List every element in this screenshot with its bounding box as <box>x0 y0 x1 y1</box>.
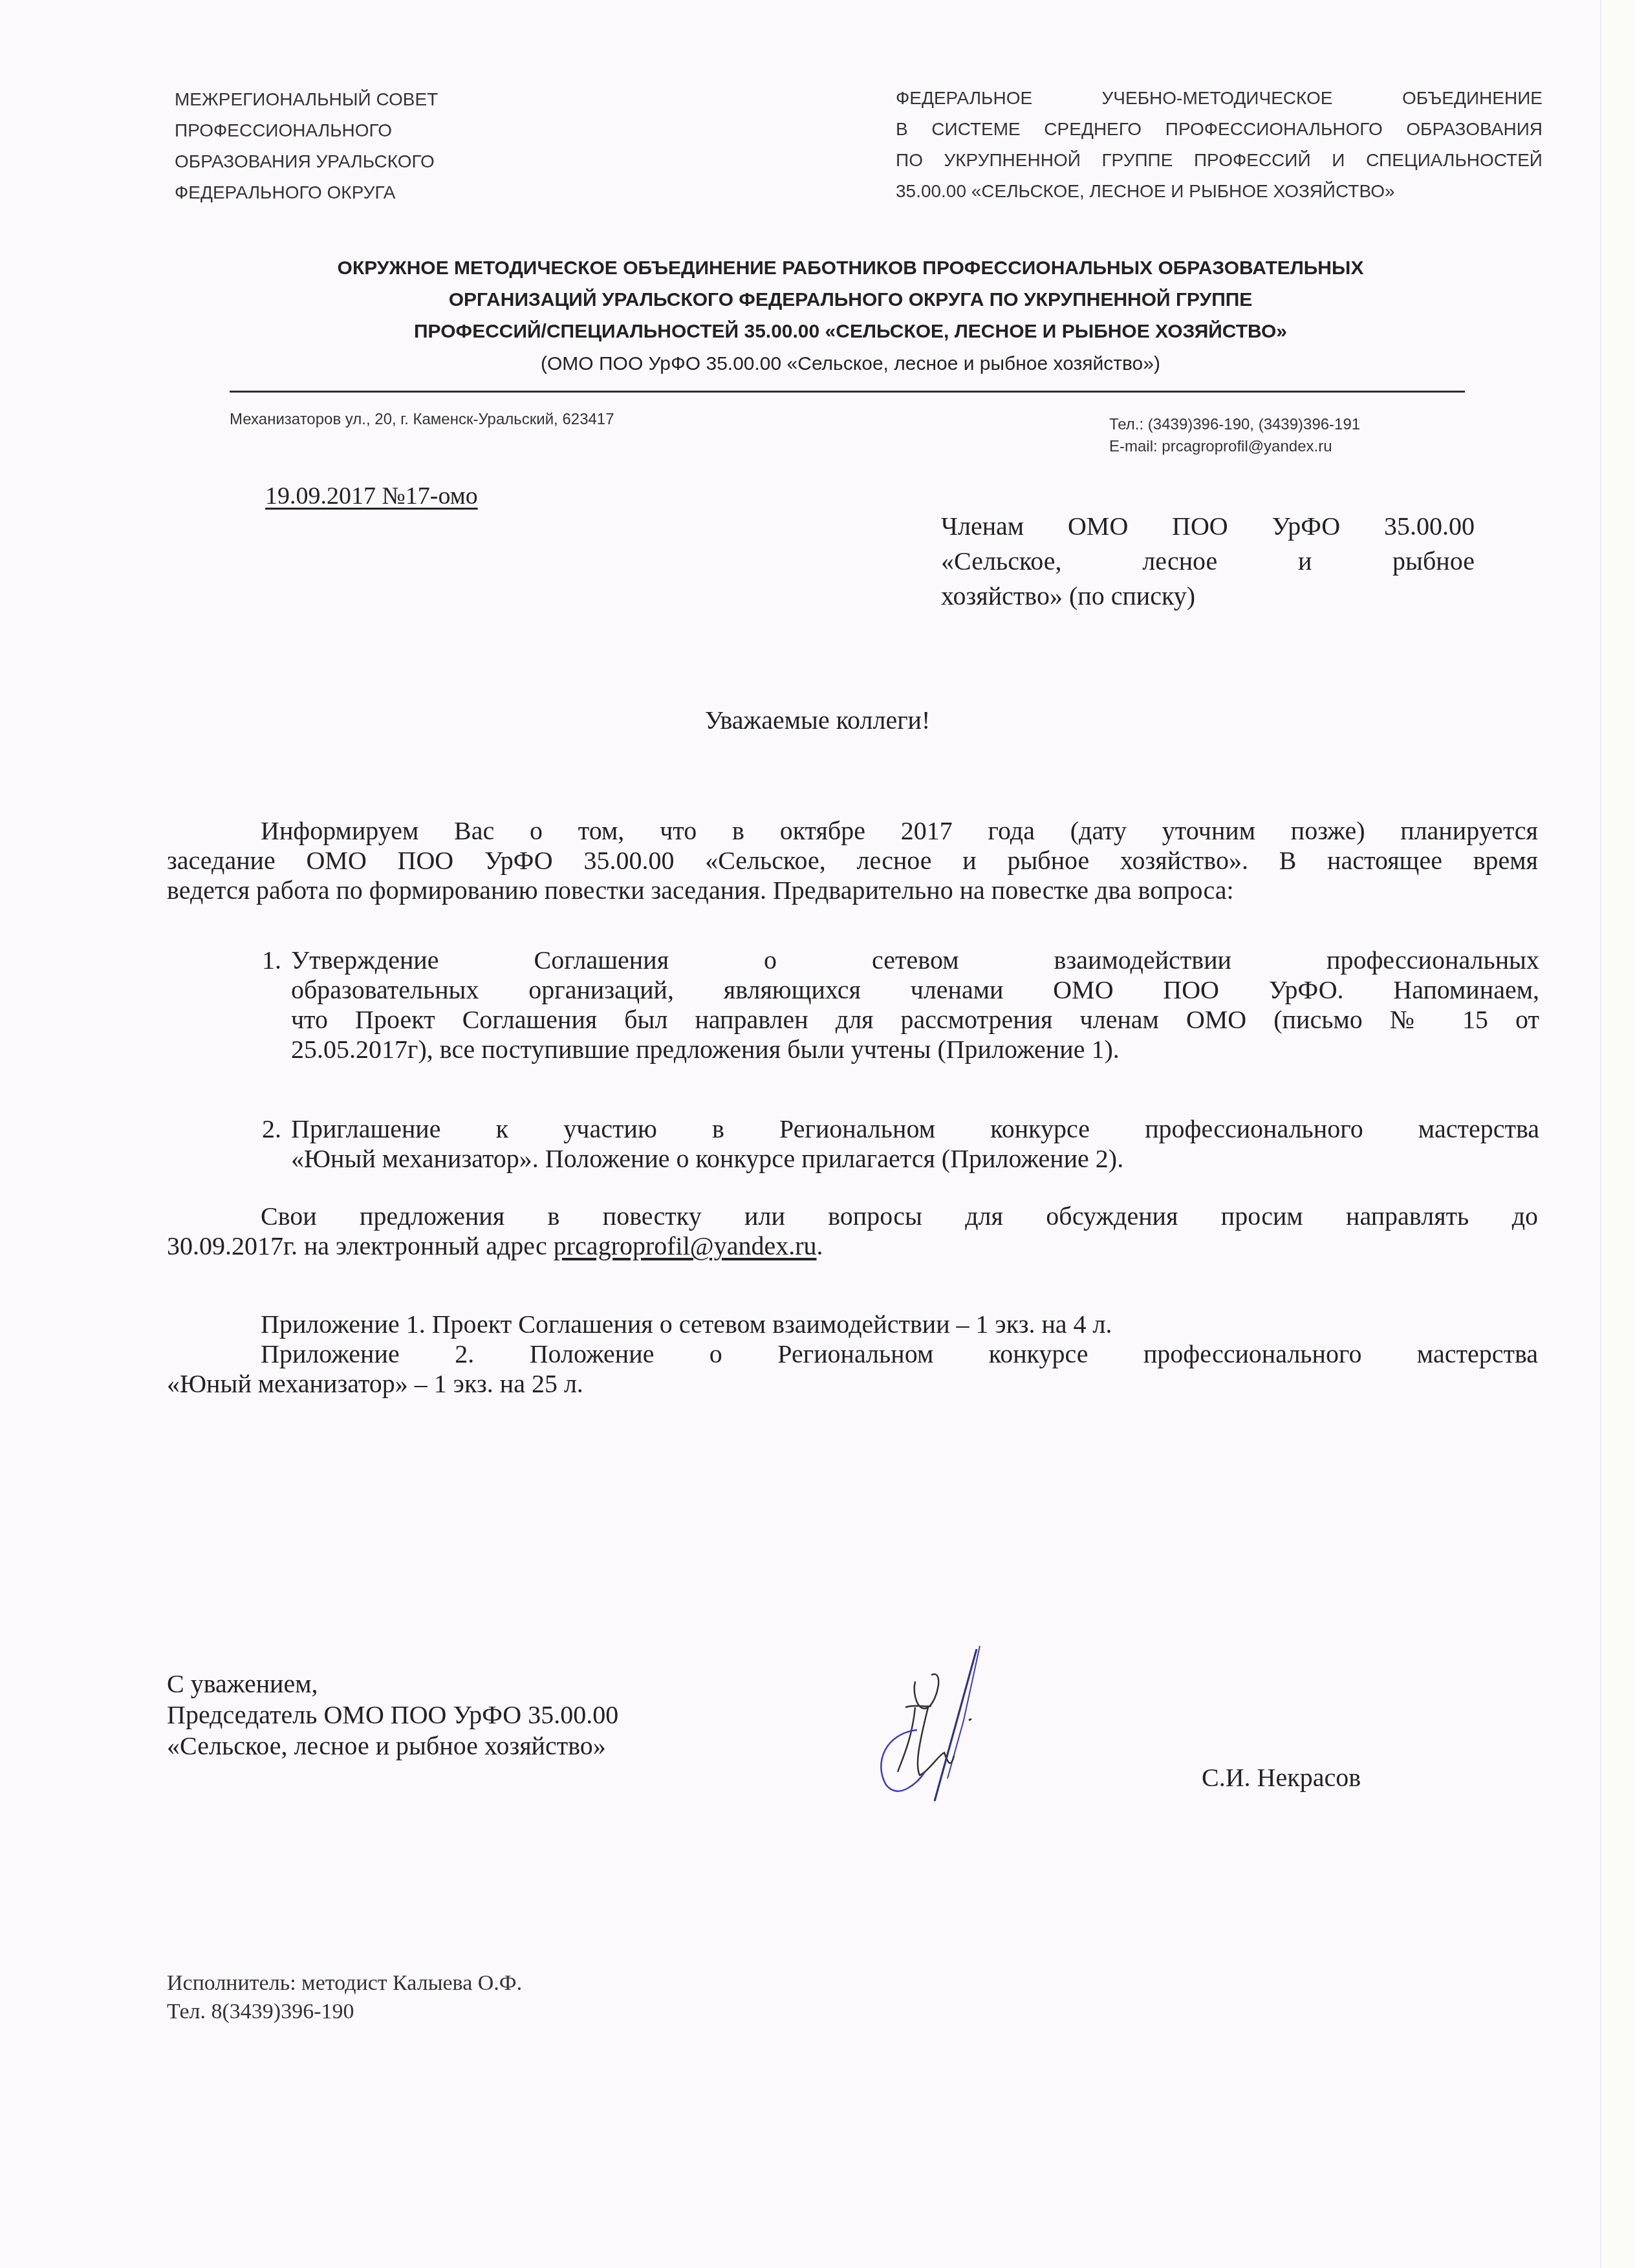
addressee: Членам ОМО ПОО УрФО 35.00.00 «Сельское, … <box>941 509 1475 614</box>
greeting: Уважаемые коллеги! <box>0 705 1635 735</box>
agenda-number: 1. <box>262 945 281 975</box>
closing: С уважением, Председатель ОМО ПОО УрФО 3… <box>167 1669 618 1762</box>
org-title: ОКРУЖНОЕ МЕТОДИЧЕСКОЕ ОБЪЕДИНЕНИЕ РАБОТН… <box>239 252 1462 347</box>
paragraph-line-email: 30.09.2017г. на электронный адрес prcagr… <box>167 1231 1538 1261</box>
addressee-line: хозяйство» (по списку) <box>941 579 1475 614</box>
executor-info: Исполнитель: методист Калыева О.Ф. Тел. … <box>167 1969 522 2026</box>
org-address: Механизаторов ул., 20, г. Каменск-Уральс… <box>230 411 614 429</box>
email-link[interactable]: prcagroprofil@yandex.ru <box>554 1231 817 1260</box>
executor-phone: Тел. 8(3439)396-190 <box>167 1998 522 2026</box>
signature-icon <box>867 1643 1074 1811</box>
agenda-line: образовательных организаций, являющихся … <box>262 975 1539 1005</box>
org-subtitle: (ОМО ПОО УрФО 35.00.00 «Сельское, лесное… <box>239 351 1462 377</box>
agenda-number: 2. <box>262 1114 281 1144</box>
agenda-line: «Юный механизатор». Положение о конкурсе… <box>262 1144 1539 1174</box>
attachment-line: Приложение 1. Проект Соглашения о сетево… <box>167 1310 1538 1339</box>
closing-line: «Сельское, лесное и рыбное хозяйство» <box>167 1731 618 1762</box>
header-divider <box>230 391 1465 393</box>
closing-line: С уважением, <box>167 1669 618 1700</box>
header-left-line: ФЕДЕРАЛЬНОГО ОКРУГА <box>175 177 537 208</box>
header-right-line: В СИСТЕМЕ СРЕДНЕГО ПРОФЕССИОНАЛЬНОГО ОБР… <box>896 114 1543 145</box>
org-phone: Тел.: (3439)396-190, (3439)396-191 <box>1109 414 1360 436</box>
header-right-line: 35.00.00 «СЕЛЬСКОЕ, ЛЕСНОЕ И РЫБНОЕ ХОЗЯ… <box>896 176 1543 207</box>
agenda-line: 25.05.2017г), все поступившие предложени… <box>262 1035 1539 1064</box>
header-left-line: МЕЖРЕГИОНАЛЬНЫЙ СОВЕТ <box>175 84 537 115</box>
email-suffix: . <box>816 1231 823 1260</box>
attachment-line: Приложение 2. Положение о Региональном к… <box>167 1339 1538 1369</box>
agenda-line: что Проект Соглашения был направлен для … <box>262 1005 1539 1035</box>
addressee-line: «Сельское, лесное и рыбное <box>941 544 1475 579</box>
paragraph-line: Свои предложения в повестку или вопросы … <box>167 1202 1538 1231</box>
closing-line: Председатель ОМО ПОО УрФО 35.00.00 <box>167 1700 618 1731</box>
signer-name: С.И. Некрасов <box>1202 1762 1361 1793</box>
agenda-item-2: 2. Приглашение к участию в Региональном … <box>262 1114 1539 1174</box>
paragraph-line: заседание ОМО ПОО УрФО 35.00.00 «Сельско… <box>167 846 1538 876</box>
org-title-line: ПРОФЕССИЙ/СПЕЦИАЛЬНОСТЕЙ 35.00.00 «СЕЛЬС… <box>239 316 1462 347</box>
org-contacts: Тел.: (3439)396-190, (3439)396-191 E-mai… <box>1109 414 1360 458</box>
scan-edge <box>1600 0 1635 2268</box>
agenda-line: Приглашение к участию в Региональном кон… <box>262 1114 1539 1144</box>
org-title-line: ОРГАНИЗАЦИЙ УРАЛЬСКОГО ФЕДЕРАЛЬНОГО ОКРУ… <box>239 284 1462 316</box>
letter-reference: 19.09.2017 №17-омо <box>265 482 478 510</box>
org-title-line: ОКРУЖНОЕ МЕТОДИЧЕСКОЕ ОБЪЕДИНЕНИЕ РАБОТН… <box>239 252 1462 284</box>
executor-line: Исполнитель: методист Калыева О.Ф. <box>167 1969 522 1998</box>
addressee-line: Членам ОМО ПОО УрФО 35.00.00 <box>941 509 1475 544</box>
paragraph-request: Свои предложения в повестку или вопросы … <box>167 1202 1538 1261</box>
paragraph-line: Информируем Вас о том, что в октябре 201… <box>167 816 1538 846</box>
attachments: Приложение 1. Проект Соглашения о сетево… <box>167 1310 1538 1399</box>
paragraph-line: ведется работа по формированию повестки … <box>167 876 1538 905</box>
attachment-line: «Юный механизатор» – 1 экз. на 25 л. <box>167 1369 1538 1399</box>
agenda-item-1: 1. Утверждение Соглашения о сетевом взаи… <box>262 945 1539 1064</box>
header-right-line: ФЕДЕРАЛЬНОЕ УЧЕБНО-МЕТОДИЧЕСКОЕ ОБЪЕДИНЕ… <box>896 83 1543 114</box>
agenda-line: Утверждение Соглашения о сетевом взаимод… <box>262 945 1539 975</box>
org-email: E-mail: prcagroprofil@yandex.ru <box>1109 436 1360 458</box>
header-left-line: ПРОФЕССИОНАЛЬНОГО <box>175 115 537 146</box>
header-right-line: ПО УКРУПНЕННОЙ ГРУППЕ ПРОФЕССИЙ И СПЕЦИА… <box>896 145 1543 176</box>
paragraph-intro: Информируем Вас о том, что в октябре 201… <box>167 816 1538 905</box>
header-left-line: ОБРАЗОВАНИЯ УРАЛЬСКОГО <box>175 146 537 177</box>
header-left-org: МЕЖРЕГИОНАЛЬНЫЙ СОВЕТ ПРОФЕССИОНАЛЬНОГО … <box>175 84 537 208</box>
header-right-org: ФЕДЕРАЛЬНОЕ УЧЕБНО-МЕТОДИЧЕСКОЕ ОБЪЕДИНЕ… <box>896 83 1543 207</box>
email-prefix: 30.09.2017г. на электронный адрес <box>167 1231 554 1260</box>
